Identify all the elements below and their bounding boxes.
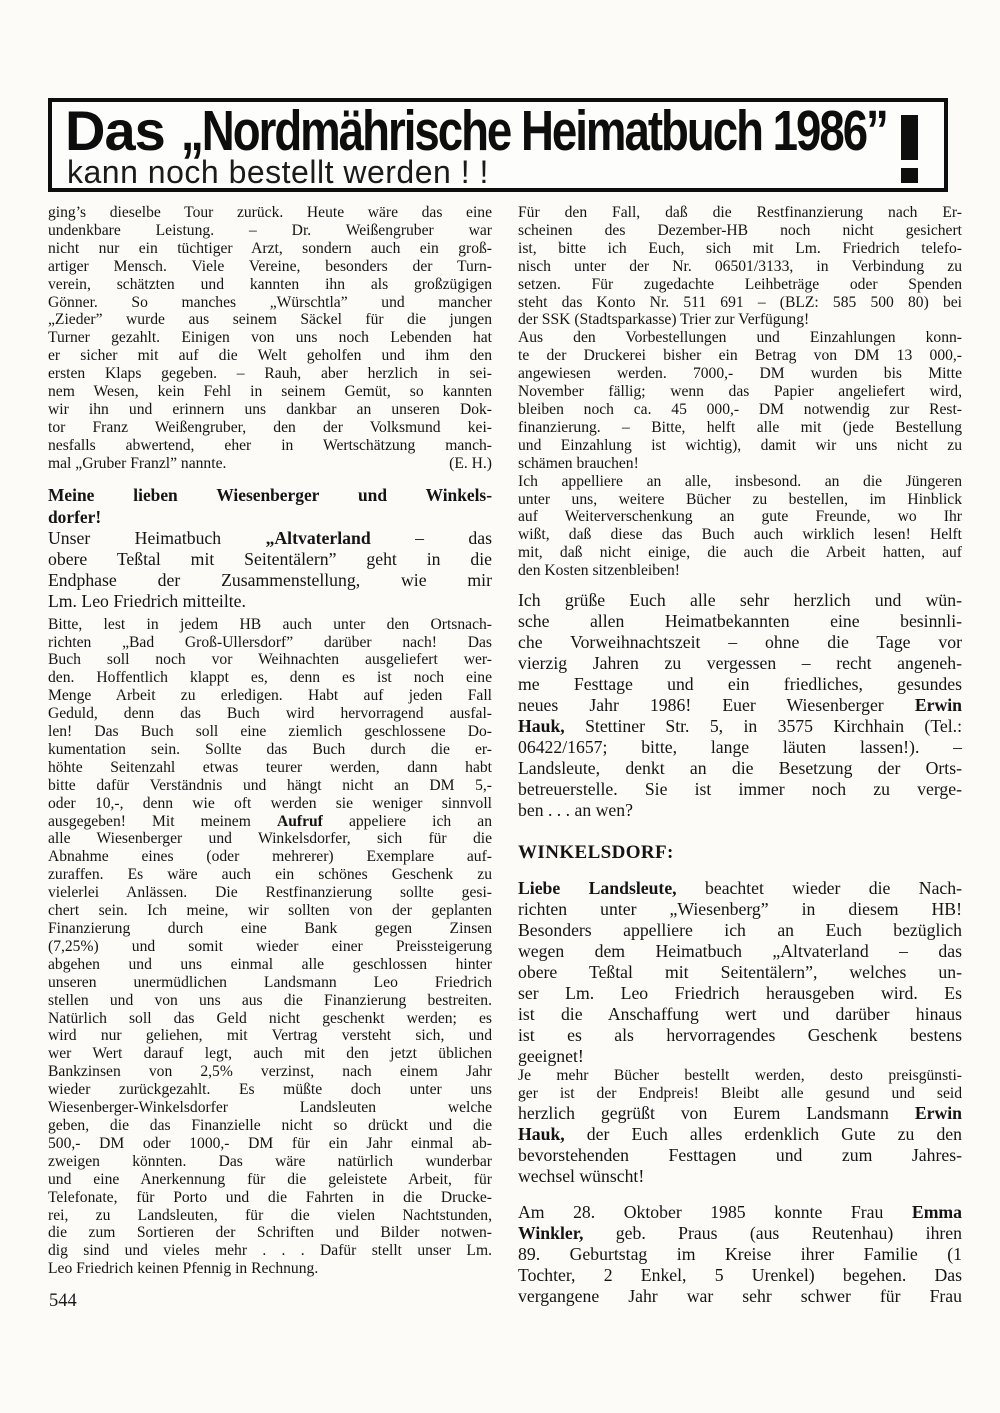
text-line: 06422/1657; bitte, lange läuten lassen!)… [518,737,962,758]
banner-title: Das „Nordmährische Heimatbuch 1986” [52,102,944,157]
text-line: den Kosten sitzenbleiben! [518,562,962,580]
text-line: ist, bitte ich Euch, sich mit Lm. Friedr… [518,240,962,258]
text-line: mal „Gruber Franzl” nannte.(E. H.) [48,455,492,473]
text-line: finanzierung. – Bitte, helft alle mit (j… [518,419,962,437]
text-line: me Festtage und ein friedliches, gesunde… [518,674,962,695]
text-line: ben . . . an wen? [518,800,962,821]
text-line: vierzig Jahren zu vergessen – recht ange… [518,653,962,674]
text-line: schämen brauchen! [518,455,962,473]
text-line: ging’s dieselbe Tour zurück. Heute wäre … [48,204,492,222]
exclamation-icon [901,115,918,183]
text-line: (7,25%) und somit wieder einer Preisstei… [48,938,492,956]
text-line: Gönner. So manches „Würschtla” und manch… [48,294,492,312]
text-line: ser Lm. Leo Friedrich herausgeben wird. … [518,983,962,1004]
text-line: tor Franz Weißengruber, den der Volksmun… [48,419,492,437]
text-line: ersten Klaps gegeben. – Rauh, aber herzl… [48,365,492,383]
text-line: Lm. Leo Friedrich mitteilte. [48,591,492,612]
text-line: dorfer! [48,506,492,528]
page-number: 544 [49,1291,77,1311]
text-line: geeignet! [518,1046,962,1067]
text-line: richten „Bad Groß-Ullersdorf” darüber na… [48,634,492,652]
text-line: Hauk, Stettiner Str. 5, in 3575 Kirchhai… [518,716,962,737]
text-line: steht das Konto Nr. 511 691 – (BLZ: 585 … [518,294,962,312]
text-line: Für den Fall, daß die Restfinanzierung n… [518,204,962,222]
text-line: Hauk, der Euch alles erdenklich Gute zu … [518,1124,962,1145]
text-line: Geduld, denn das Buch wird hervorragend … [48,705,492,723]
exclamation-bar [901,115,918,160]
text-line: auf Weiterverschenkung an gute Freunde, … [518,508,962,526]
text-line: ausgegeben! Mit meinem Aufruf appeliere … [48,813,492,831]
text-line: wechsel wünscht! [518,1166,962,1187]
text-line: Wiesenberger-Winkelsdorfer Landsleuten w… [48,1099,492,1117]
text-line: er sicher mit auf die Welt geholfen und … [48,347,492,365]
text-line: nem Wesen, kein Fehl in seinem Gemüt, so… [48,383,492,401]
text-line: che Vorweihnachtszeit – ohne die Tage vo… [518,632,962,653]
text-line: neues Jahr 1986! Euer Wiesenberger Erwin [518,695,962,716]
text-line: obere Teßtal mit Seitentälern” geht in d… [48,549,492,570]
text-line: nisch unter der Nr. 06501/3133, in Verbi… [518,258,962,276]
text-line: Leo Friedrich keinen Pfennig in Rechnung… [48,1260,492,1278]
text-line: angewiesen werden. 7000,- DM wurden bis … [518,365,962,383]
text-line: Aus den Vorbestellungen und Einzahlungen… [518,329,962,347]
text-line: Unser Heimatbuch „Altvaterland – das [48,528,492,549]
text-line: Abnahme eines (oder mehrerer) Exemplare … [48,848,492,866]
appeal-to-younger-paragraph: Ich appelliere an alle, insbesond. an di… [518,473,962,580]
text-line: rei, zu Landsleuten, für die vielen Nach… [48,1207,492,1225]
text-line: dig sind und vieles mehr . . . Dafür ste… [48,1242,492,1260]
text-line: Telefonate, für Porto und die Fahrten in… [48,1189,492,1207]
text-line: WINKELSDORF: [518,842,962,864]
exclamation-dot [901,168,918,183]
banner-title-lead: Das [65,105,165,157]
financing-paragraph: Für den Fall, daß die Restfinanzierung n… [518,204,962,329]
text-line: Endphase der Zusammenstellung, wie mir [48,570,492,591]
birthday-paragraph: Am 28. Oktober 1985 konnte Frau EmmaWink… [518,1202,962,1307]
text-line: wegen dem Heimatbuch „Altvaterland – das [518,941,962,962]
text-line: vielerlei Anlässen. Die Restfinanzierung… [48,884,492,902]
text-line: ist es als hervorragendes Geschenk beste… [518,1025,962,1046]
text-line: Je mehr Bücher bestellt werden, desto pr… [518,1067,962,1085]
text-line: „Zieder” wurde aus seinem Säckel für die… [48,311,492,329]
text-line: Buch soll noch vor Weihnachten ausgelief… [48,651,492,669]
payments-paragraph: Aus den Vorbestellungen und Einzahlungen… [518,329,962,472]
greeting-paragraph: Ich grüße Euch alle sehr herzlich und wü… [518,590,962,821]
text-line: te der Druckerei bisher ein Betrag von D… [518,347,962,365]
text-line: und Einzahlung ist wichtig), damit wir u… [518,437,962,455]
text-line: nesfalls abwertend, eher in Wertschätzun… [48,437,492,455]
text-line: zuraffen. Es wäre auch ein schönes Gesch… [48,866,492,884]
text-line: Turner gezahlt. Einigen von uns noch Leb… [48,329,492,347]
text-line: geben, die das Finanzielle nicht so drüc… [48,1117,492,1135]
intro-paragraph: Unser Heimatbuch „Altvaterland – dasober… [48,528,492,612]
text-line: bevorstehenden Festtagen und zum Jahres- [518,1145,962,1166]
text-line: len! Das Buch soll eine ziemlich geschlo… [48,723,492,741]
text-line: höhte Seitenzahl etwas teurer werden, da… [48,759,492,777]
right-column: Für den Fall, daß die Restfinanzierung n… [518,204,962,1307]
text-line: den. Hoffentlich klappt es, denn es ist … [48,669,492,687]
text-line: der SSK (Stadtsparkasse) Trier zur Verfü… [518,311,962,329]
text-line: Finanzierung durch eine Bank gegen Zinse… [48,920,492,938]
text-line: oder 10,-, denn wie oft werden sie wenig… [48,795,492,813]
text-line: ger ist der Endpreis! Bleibt alle gesund… [518,1085,962,1103]
text-line: wir ihn und erinnern uns dankbar an unse… [48,401,492,419]
text-line: 500,- DM oder 1000,- DM für ein Jahr ein… [48,1135,492,1153]
text-line: Natürlich soll das Geld nicht geschenkt … [48,1010,492,1028]
text-line: Meine lieben Wiesenberger und Winkels- [48,484,492,506]
text-line: obere Teßtal mit Seitentälern”, welches … [518,962,962,983]
text-line: vergangene Jahr war sehr schwer für Frau [518,1286,962,1307]
text-line: Landsleute, denkt an die Besetzung der O… [518,758,962,779]
text-line: wird nur geliehen, mit Vertrag versteht … [48,1027,492,1045]
farewell-paragraph: herzlich gegrüßt von Eurem Landsmann Erw… [518,1103,962,1187]
text-line: wieder zurückgezahlt. Es müßte doch unte… [48,1081,492,1099]
text-line: herzlich gegrüßt von Eurem Landsmann Erw… [518,1103,962,1124]
text-line: Ich appelliere an alle, insbesond. an di… [518,473,962,491]
text-line: wer Wert darauf legt, auch mit den jetzt… [48,1045,492,1063]
winkelsdorf-paragraph: Liebe Landsleute, beachtet wieder die Na… [518,878,962,1067]
text-line: richten unter „Wiesenberg” in diesem HB! [518,899,962,920]
text-line: Besonders appelliere ich an Euch bezügli… [518,920,962,941]
newsletter-page: Das „Nordmährische Heimatbuch 1986” kann… [0,0,1000,1413]
banner-title-main: „Nordmährische Heimatbuch 1986” [181,105,887,157]
appeal-paragraph: Bitte, lest in jedem HB auch unter den O… [48,616,492,1279]
text-line: die zum Sortieren der Schriften und Bild… [48,1224,492,1242]
text-line: stellen und von uns aus die Finanzierung… [48,992,492,1010]
text-line: Bitte, lest in jedem HB auch unter den O… [48,616,492,634]
text-line: 89. Geburtstag im Kreise ihrer Familie (… [518,1244,962,1265]
text-line: Liebe Landsleute, beachtet wieder die Na… [518,878,962,899]
header-banner: Das „Nordmährische Heimatbuch 1986” kann… [48,98,948,192]
text-line: alle Wiesenberger und Winkelsdorfer, sic… [48,830,492,848]
text-line: Tochter, 2 Enkel, 5 Urenkel) begehen. Da… [518,1265,962,1286]
text-line: abgehen und uns einmal alle geschlossen … [48,956,492,974]
text-line: bitte dafür Verständnis und hängt nicht … [48,777,492,795]
text-line: Am 28. Oktober 1985 konnte Frau Emma [518,1202,962,1223]
text-line: mit, daß nicht einige, die auch die Arbe… [518,544,962,562]
text-line: kumentation sein. Sollte das Buch durch … [48,741,492,759]
text-line: unter uns, weitere Bücher zu bestellen, … [518,491,962,509]
text-line: November fällig; wenn das Papier angelie… [518,383,962,401]
text-line: verein, schätzten und kannten ihn als gr… [48,276,492,294]
text-line: scheinen des Dezember-HB noch nicht gesi… [518,222,962,240]
text-line: Winkler, geb. Praus (aus Reutenhau) ihre… [518,1223,962,1244]
text-line: und eine Anerkennung für die geleistete … [48,1171,492,1189]
text-line: sche allen Heimatbekannten eine besinnli… [518,611,962,632]
text-line: chert sein. Ich meine, wir sollten von d… [48,902,492,920]
text-line: artiger Mensch. Viele Vereine, besonders… [48,258,492,276]
price-paragraph: Je mehr Bücher bestellt werden, desto pr… [518,1067,962,1103]
section-heading: Meine lieben Wiesenberger und Winkels-do… [48,484,492,528]
text-line: betreuerstelle. Sie ist immer noch zu ve… [518,779,962,800]
text-line: unseren unermüdlichen Landsmann Leo Frie… [48,974,492,992]
text-line: setzen. Für zugedachte Leihbeträge oder … [518,276,962,294]
left-column: ging’s dieselbe Tour zurück. Heute wäre … [48,204,492,1278]
winkelsdorf-heading: WINKELSDORF: [518,842,962,864]
text-line: ist die Anschaffung wert und darüber hin… [518,1004,962,1025]
text-line: Ich grüße Euch alle sehr herzlich und wü… [518,590,962,611]
text-line: Menge Arbeit zu erledigen. Habt auf jede… [48,687,492,705]
obituary-paragraph: ging’s dieselbe Tour zurück. Heute wäre … [48,204,492,473]
text-line: zweigen könnten. Das wäre natürlich wund… [48,1153,492,1171]
text-line: bleiben noch ca. 45 000,- DM notwendig z… [518,401,962,419]
text-line: wißt, daß diese das Buch auch wirklich l… [518,526,962,544]
text-line: nicht nur ein tüchtiger Arzt, sondern au… [48,240,492,258]
text-line: Bankzinsen von 2,5% verzinst, nach einem… [48,1063,492,1081]
text-line: undenkbare Leistung. – Dr. Weißengruber … [48,222,492,240]
